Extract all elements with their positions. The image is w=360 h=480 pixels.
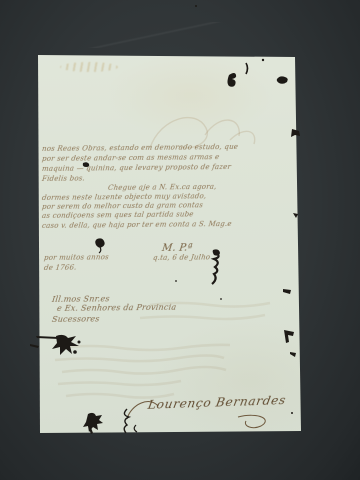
letter-line: por serem do melhor custo da gram contas [41,201,203,211]
closing-left-line: por muitos annos [43,253,109,262]
letter-line: Fidelis bos. [41,175,85,183]
closing-date-line: q.ta, 6 de Julho [152,253,210,262]
backing-scratch [80,22,230,48]
photo-background: nos Reaes Obras, estando em demorado est… [0,0,360,480]
embossed-ornament [60,62,118,72]
address-line: e Ex. Senhores da Provincia [56,303,176,313]
letter-line: Chegue aje a N. Ex.ca agora, [107,183,217,192]
closing-year-line: de 1766. [43,264,77,272]
letter-line: as condiçoens sem ques tal partida sube [41,210,194,220]
closing-paraph: M. P.ª [161,243,193,254]
address-line: Sucessores [51,315,100,324]
ink-blot [195,5,197,7]
ink-blot [30,344,39,348]
